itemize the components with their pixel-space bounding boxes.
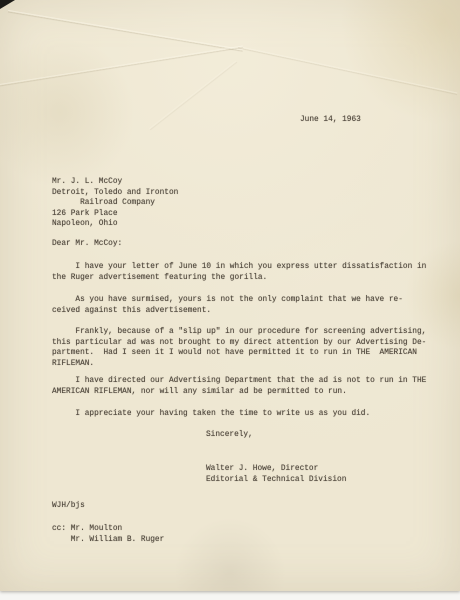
paragraph-4: I have directed our Advertising Departme…: [52, 376, 426, 397]
typist-initials: WJH/bjs: [52, 501, 85, 512]
paragraph-2: As you have surmised, yours is not the o…: [52, 295, 403, 316]
scanned-letter: June 14, 1963 Mr. J. L. McCoy Detroit, T…: [0, 0, 460, 600]
fold-crease: [149, 61, 238, 131]
paragraph-1: I have your letter of June 10 in which y…: [52, 262, 426, 283]
fold-crease: [238, 46, 458, 96]
paragraph-3: Frankly, because of a "slip up" in our p…: [52, 327, 426, 369]
paragraph-5: I appreciate your having taken the time …: [52, 409, 370, 420]
fold-crease: [0, 46, 243, 87]
letter-date: June 14, 1963: [300, 115, 361, 126]
cc-list: cc: Mr. Moulton Mr. William B. Ruger: [52, 524, 164, 545]
fold-crease: [8, 10, 243, 52]
salutation: Dear Mr. McCoy:: [52, 239, 122, 250]
scan-corner-clip: [0, 0, 15, 9]
letter-paper: June 14, 1963 Mr. J. L. McCoy Detroit, T…: [0, 0, 460, 591]
signature-block: Walter J. Howe, Director Editorial & Tec…: [206, 464, 346, 485]
closing: Sincerely,: [206, 430, 253, 441]
recipient-address: Mr. J. L. McCoy Detroit, Toledo and Iron…: [52, 177, 178, 230]
